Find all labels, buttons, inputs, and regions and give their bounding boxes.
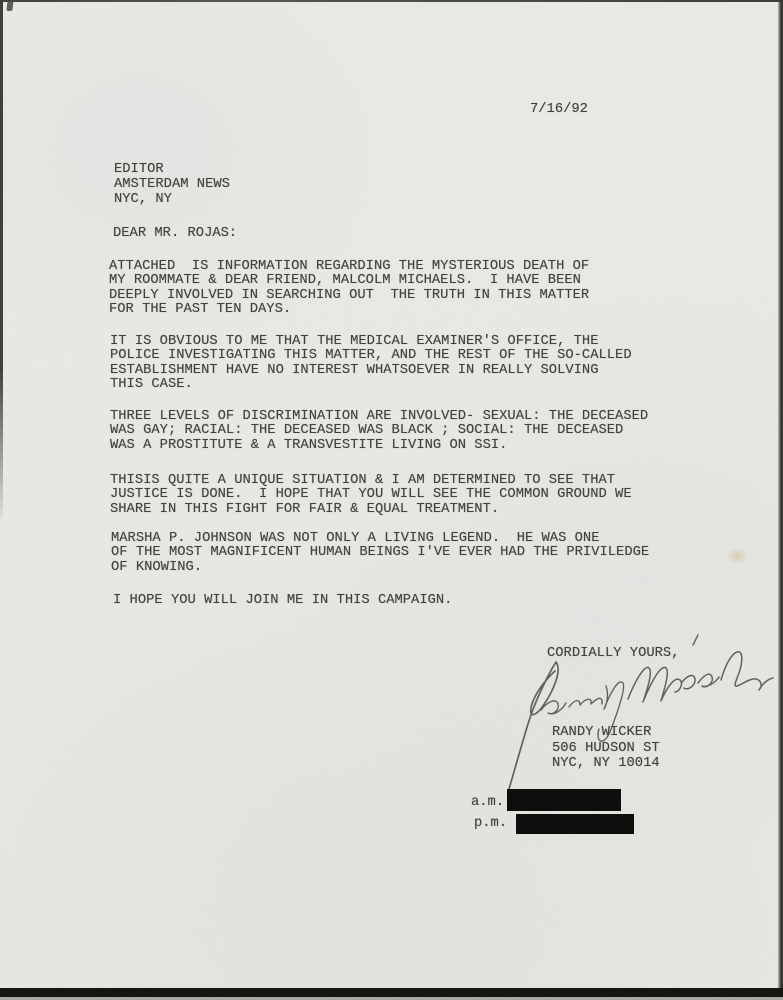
paragraph-6: I HOPE YOU WILL JOIN ME IN THIS CAMPAIGN… (113, 594, 452, 608)
paragraph-2: IT IS OBVIOUS TO ME THAT THE MEDICAL EXA… (110, 335, 632, 392)
scan-edge-left (0, 0, 3, 525)
scan-edge-bottom-black-bar (0, 988, 783, 997)
paragraph-4: THISIS QUITE A UNIQUE SITUATION & I AM D… (110, 474, 632, 517)
sender-address: RANDY WICKER 506 HUDSON ST NYC, NY 10014 (552, 725, 660, 772)
phone-pm-label: p.m. (474, 817, 507, 831)
letter-date: 7/16/92 (530, 103, 588, 117)
paragraph-3: THREE LEVELS OF DISCRIMINATION ARE INVOL… (110, 410, 648, 453)
handwritten-signature-randy-wicker (484, 630, 783, 798)
phone-am-label: a.m. (471, 796, 504, 810)
scan-edge-right (778, 0, 783, 1000)
scan-notch-top-left (6, 0, 13, 11)
paragraph-5: MARSHA P. JOHNSON WAS NOT ONLY A LIVING … (111, 532, 649, 575)
salutation: DEAR MR. ROJAS: (113, 227, 237, 241)
scan-edge-top (0, 0, 783, 2)
paragraph-1: ATTACHED IS INFORMATION REGARDING THE MY… (109, 260, 589, 317)
recipient-address: EDITOR AMSTERDAM NEWS NYC, NY (114, 162, 230, 207)
redaction-bar-pm-phone (516, 814, 634, 834)
scanned-letter-page: 7/16/92 EDITOR AMSTERDAM NEWS NYC, NY DE… (0, 0, 783, 1000)
redaction-bar-am-phone (507, 789, 621, 811)
